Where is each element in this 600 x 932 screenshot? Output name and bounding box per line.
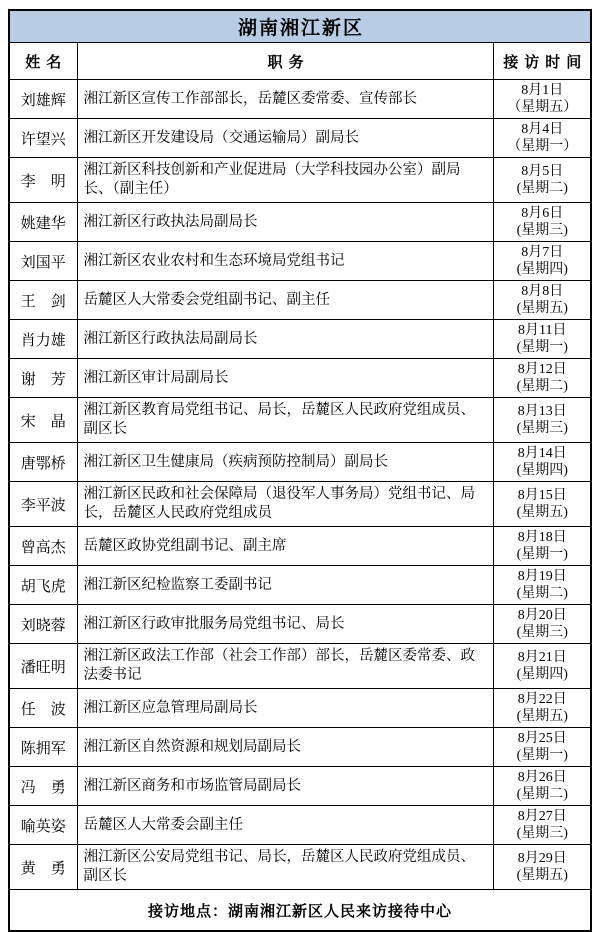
official-name: 许望兴 (9, 119, 77, 158)
official-name: 曾高杰 (9, 527, 77, 566)
official-name: 胡飞虎 (9, 566, 77, 605)
reception-time: 8月6日 (星期三) (494, 203, 591, 242)
reception-weekday: (星期五) (494, 300, 590, 317)
footer-location: 接访地点：湖南湘江新区人民来访接待中心 (9, 890, 591, 932)
column-header-position: 职务 (77, 43, 494, 80)
table-row: 姚建华 湘江新区行政执法局副局长 8月6日 (星期三) (9, 203, 591, 242)
official-name: 李 明 (9, 158, 77, 203)
reception-time: 8月22日 (星期五) (494, 689, 591, 728)
reception-date: 8月12日 (494, 361, 590, 378)
column-header-name: 姓名 (9, 43, 77, 80)
table-row: 陈拥军 湘江新区自然资源和规划局副局长 8月25日 (星期一) (9, 728, 591, 767)
reception-time: 8月29日 (星期五) (494, 845, 591, 890)
reception-date: 8月13日 (494, 403, 590, 420)
official-position: 湘江新区自然资源和规划局副局长 (77, 728, 494, 767)
official-name: 王 剑 (9, 281, 77, 320)
table-row: 宋 晶 湘江新区教育局党组书记、局长，岳麓区人民政府党组成员、副区长 8月13日… (9, 398, 591, 443)
table-row: 刘晓蓉 湘江新区行政审批服务局党组书记、局长 8月20日 (星期三) (9, 605, 591, 644)
reception-time: 8月4日 （星期一） (494, 119, 591, 158)
official-name: 刘雄辉 (9, 80, 77, 119)
reception-date: 8月26日 (494, 769, 590, 786)
official-name: 刘国平 (9, 242, 77, 281)
official-name: 黄 勇 (9, 845, 77, 890)
reception-date: 8月1日 (494, 82, 590, 99)
official-name: 肖力雄 (9, 320, 77, 359)
reception-weekday: （星期五） (494, 99, 590, 116)
official-name: 谢 芳 (9, 359, 77, 398)
table-row: 胡飞虎 湘江新区纪检监察工委副书记 8月19日 (星期二) (9, 566, 591, 605)
official-position: 湘江新区卫生健康局（疾病预防控制局）副局长 (77, 443, 494, 482)
table-row: 王 剑 岳麓区人大常委会党组副书记、副主任 8月8日 (星期五) (9, 281, 591, 320)
official-name: 宋 晶 (9, 398, 77, 443)
reception-time: 8月25日 (星期一) (494, 728, 591, 767)
reception-weekday: (星期二) (494, 585, 590, 602)
official-position: 湘江新区公安局党组书记、局长，岳麓区人民政府党组成员、副区长 (77, 845, 494, 890)
reception-time: 8月13日 (星期三) (494, 398, 591, 443)
reception-weekday: (星期一) (494, 546, 590, 563)
official-position: 湘江新区宣传工作部部长，岳麓区委常委、宣传部长 (77, 80, 494, 119)
official-name: 任 波 (9, 689, 77, 728)
reception-time: 8月8日 (星期五) (494, 281, 591, 320)
schedule-rows: 刘雄辉 湘江新区宣传工作部部长，岳麓区委常委、宣传部长 8月1日 （星期五） 许… (9, 80, 591, 890)
official-name: 喻英姿 (9, 806, 77, 845)
reception-weekday: (星期二) (494, 786, 590, 803)
reception-date: 8月4日 (494, 121, 590, 138)
reception-weekday: (星期五) (494, 504, 590, 521)
reception-time: 8月21日 (星期四) (494, 644, 591, 689)
reception-time: 8月1日 （星期五） (494, 80, 591, 119)
reception-date: 8月8日 (494, 283, 590, 300)
reception-weekday: (星期四) (494, 666, 590, 683)
reception-date: 8月11日 (494, 322, 590, 339)
reception-weekday: (星期三) (494, 222, 590, 239)
official-name: 陈拥军 (9, 728, 77, 767)
reception-weekday: (星期二) (494, 180, 590, 197)
reception-weekday: (星期四) (494, 462, 590, 479)
reception-date: 8月15日 (494, 487, 590, 504)
reception-time: 8月26日 (星期二) (494, 767, 591, 806)
reception-weekday: (星期五) (494, 708, 590, 725)
reception-date: 8月20日 (494, 607, 590, 624)
official-name: 李平波 (9, 482, 77, 527)
table-row: 冯 勇 湘江新区商务和市场监管局副局长 8月26日 (星期二) (9, 767, 591, 806)
official-position: 湘江新区农业农村和生态环境局党组书记 (77, 242, 494, 281)
title-row: 湖南湘江新区 (9, 10, 591, 43)
official-position: 岳麓区政协党组副书记、副主席 (77, 527, 494, 566)
official-position: 湘江新区行政执法局副局长 (77, 203, 494, 242)
official-position: 岳麓区人大常委会副主任 (77, 806, 494, 845)
reception-date: 8月29日 (494, 850, 590, 867)
official-position: 湘江新区商务和市场监管局副局长 (77, 767, 494, 806)
reception-date: 8月14日 (494, 445, 590, 462)
table-row: 李 明 湘江新区科技创新和产业促进局（大学科技园办公室）副局长、（副主任） 8月… (9, 158, 591, 203)
reception-date: 8月21日 (494, 649, 590, 666)
reception-time: 8月27日 (星期三) (494, 806, 591, 845)
reception-date: 8月19日 (494, 568, 590, 585)
table-row: 李平波 湘江新区民政和社会保障局（退役军人事务局）党组书记、局长，岳麓区人民政府… (9, 482, 591, 527)
official-position: 湘江新区教育局党组书记、局长，岳麓区人民政府党组成员、副区长 (77, 398, 494, 443)
reception-date: 8月25日 (494, 730, 590, 747)
official-position: 湘江新区行政审批服务局党组书记、局长 (77, 605, 494, 644)
table-row: 喻英姿 岳麓区人大常委会副主任 8月27日 (星期三) (9, 806, 591, 845)
official-name: 潘旺明 (9, 644, 77, 689)
table-row: 黄 勇 湘江新区公安局党组书记、局长，岳麓区人民政府党组成员、副区长 8月29日… (9, 845, 591, 890)
table-row: 唐鄂桥 湘江新区卫生健康局（疾病预防控制局）副局长 8月14日 (星期四) (9, 443, 591, 482)
official-name: 刘晓蓉 (9, 605, 77, 644)
document-page: 湖南湘江新区 姓名 职务 接访时间 刘雄辉 湘江新区宣传工作部部长，岳麓区委常委… (0, 0, 600, 902)
official-position: 湘江新区科技创新和产业促进局（大学科技园办公室）副局长、（副主任） (77, 158, 494, 203)
reception-date: 8月27日 (494, 808, 590, 825)
reception-date: 8月18日 (494, 529, 590, 546)
official-position: 岳麓区人大常委会党组副书记、副主任 (77, 281, 494, 320)
official-position: 湘江新区审计局副局长 (77, 359, 494, 398)
table-row: 谢 芳 湘江新区审计局副局长 8月12日 (星期二) (9, 359, 591, 398)
table-title: 湖南湘江新区 (9, 10, 591, 43)
official-position: 湘江新区开发建设局（交通运输局）副局长 (77, 119, 494, 158)
table-row: 许望兴 湘江新区开发建设局（交通运输局）副局长 8月4日 （星期一） (9, 119, 591, 158)
official-position: 湘江新区民政和社会保障局（退役军人事务局）党组书记、局长，岳麓区人民政府党组成员 (77, 482, 494, 527)
column-header-time: 接访时间 (494, 43, 591, 80)
reception-weekday: (星期三) (494, 825, 590, 842)
reception-weekday: (星期五) (494, 867, 590, 884)
table-row: 肖力雄 湘江新区行政执法局副局长 8月11日 (星期一) (9, 320, 591, 359)
official-position: 湘江新区纪检监察工委副书记 (77, 566, 494, 605)
reception-time: 8月5日 (星期二) (494, 158, 591, 203)
table-row: 曾高杰 岳麓区政协党组副书记、副主席 8月18日 (星期一) (9, 527, 591, 566)
reception-time: 8月15日 (星期五) (494, 482, 591, 527)
table-row: 刘国平 湘江新区农业农村和生态环境局党组书记 8月7日 (星期四) (9, 242, 591, 281)
official-position: 湘江新区应急管理局副局长 (77, 689, 494, 728)
reception-time: 8月12日 (星期二) (494, 359, 591, 398)
reception-weekday: (星期二) (494, 378, 590, 395)
official-position: 湘江新区政法工作部（社会工作部）部长，岳麓区委常委、政法委书记 (77, 644, 494, 689)
reception-weekday: (星期三) (494, 420, 590, 437)
table-row: 刘雄辉 湘江新区宣传工作部部长，岳麓区委常委、宣传部长 8月1日 （星期五） (9, 80, 591, 119)
column-header-row: 姓名 职务 接访时间 (9, 43, 591, 80)
reception-time: 8月7日 (星期四) (494, 242, 591, 281)
reception-date: 8月6日 (494, 205, 590, 222)
reception-time: 8月14日 (星期四) (494, 443, 591, 482)
official-name: 唐鄂桥 (9, 443, 77, 482)
reception-schedule-table: 湖南湘江新区 姓名 职务 接访时间 刘雄辉 湘江新区宣传工作部部长，岳麓区委常委… (8, 9, 592, 932)
reception-date: 8月5日 (494, 163, 590, 180)
official-position: 湘江新区行政执法局副局长 (77, 320, 494, 359)
table-row: 潘旺明 湘江新区政法工作部（社会工作部）部长，岳麓区委常委、政法委书记 8月21… (9, 644, 591, 689)
official-name: 冯 勇 (9, 767, 77, 806)
table-row: 任 波 湘江新区应急管理局副局长 8月22日 (星期五) (9, 689, 591, 728)
reception-date: 8月7日 (494, 244, 590, 261)
reception-weekday: (星期一) (494, 339, 590, 356)
reception-time: 8月18日 (星期一) (494, 527, 591, 566)
reception-time: 8月20日 (星期三) (494, 605, 591, 644)
reception-weekday: （星期一） (494, 138, 590, 155)
reception-weekday: (星期四) (494, 261, 590, 278)
official-name: 姚建华 (9, 203, 77, 242)
reception-time: 8月19日 (星期二) (494, 566, 591, 605)
reception-time: 8月11日 (星期一) (494, 320, 591, 359)
reception-weekday: (星期一) (494, 747, 590, 764)
reception-weekday: (星期三) (494, 624, 590, 641)
reception-date: 8月22日 (494, 691, 590, 708)
footer-row: 接访地点：湖南湘江新区人民来访接待中心 (9, 890, 591, 932)
